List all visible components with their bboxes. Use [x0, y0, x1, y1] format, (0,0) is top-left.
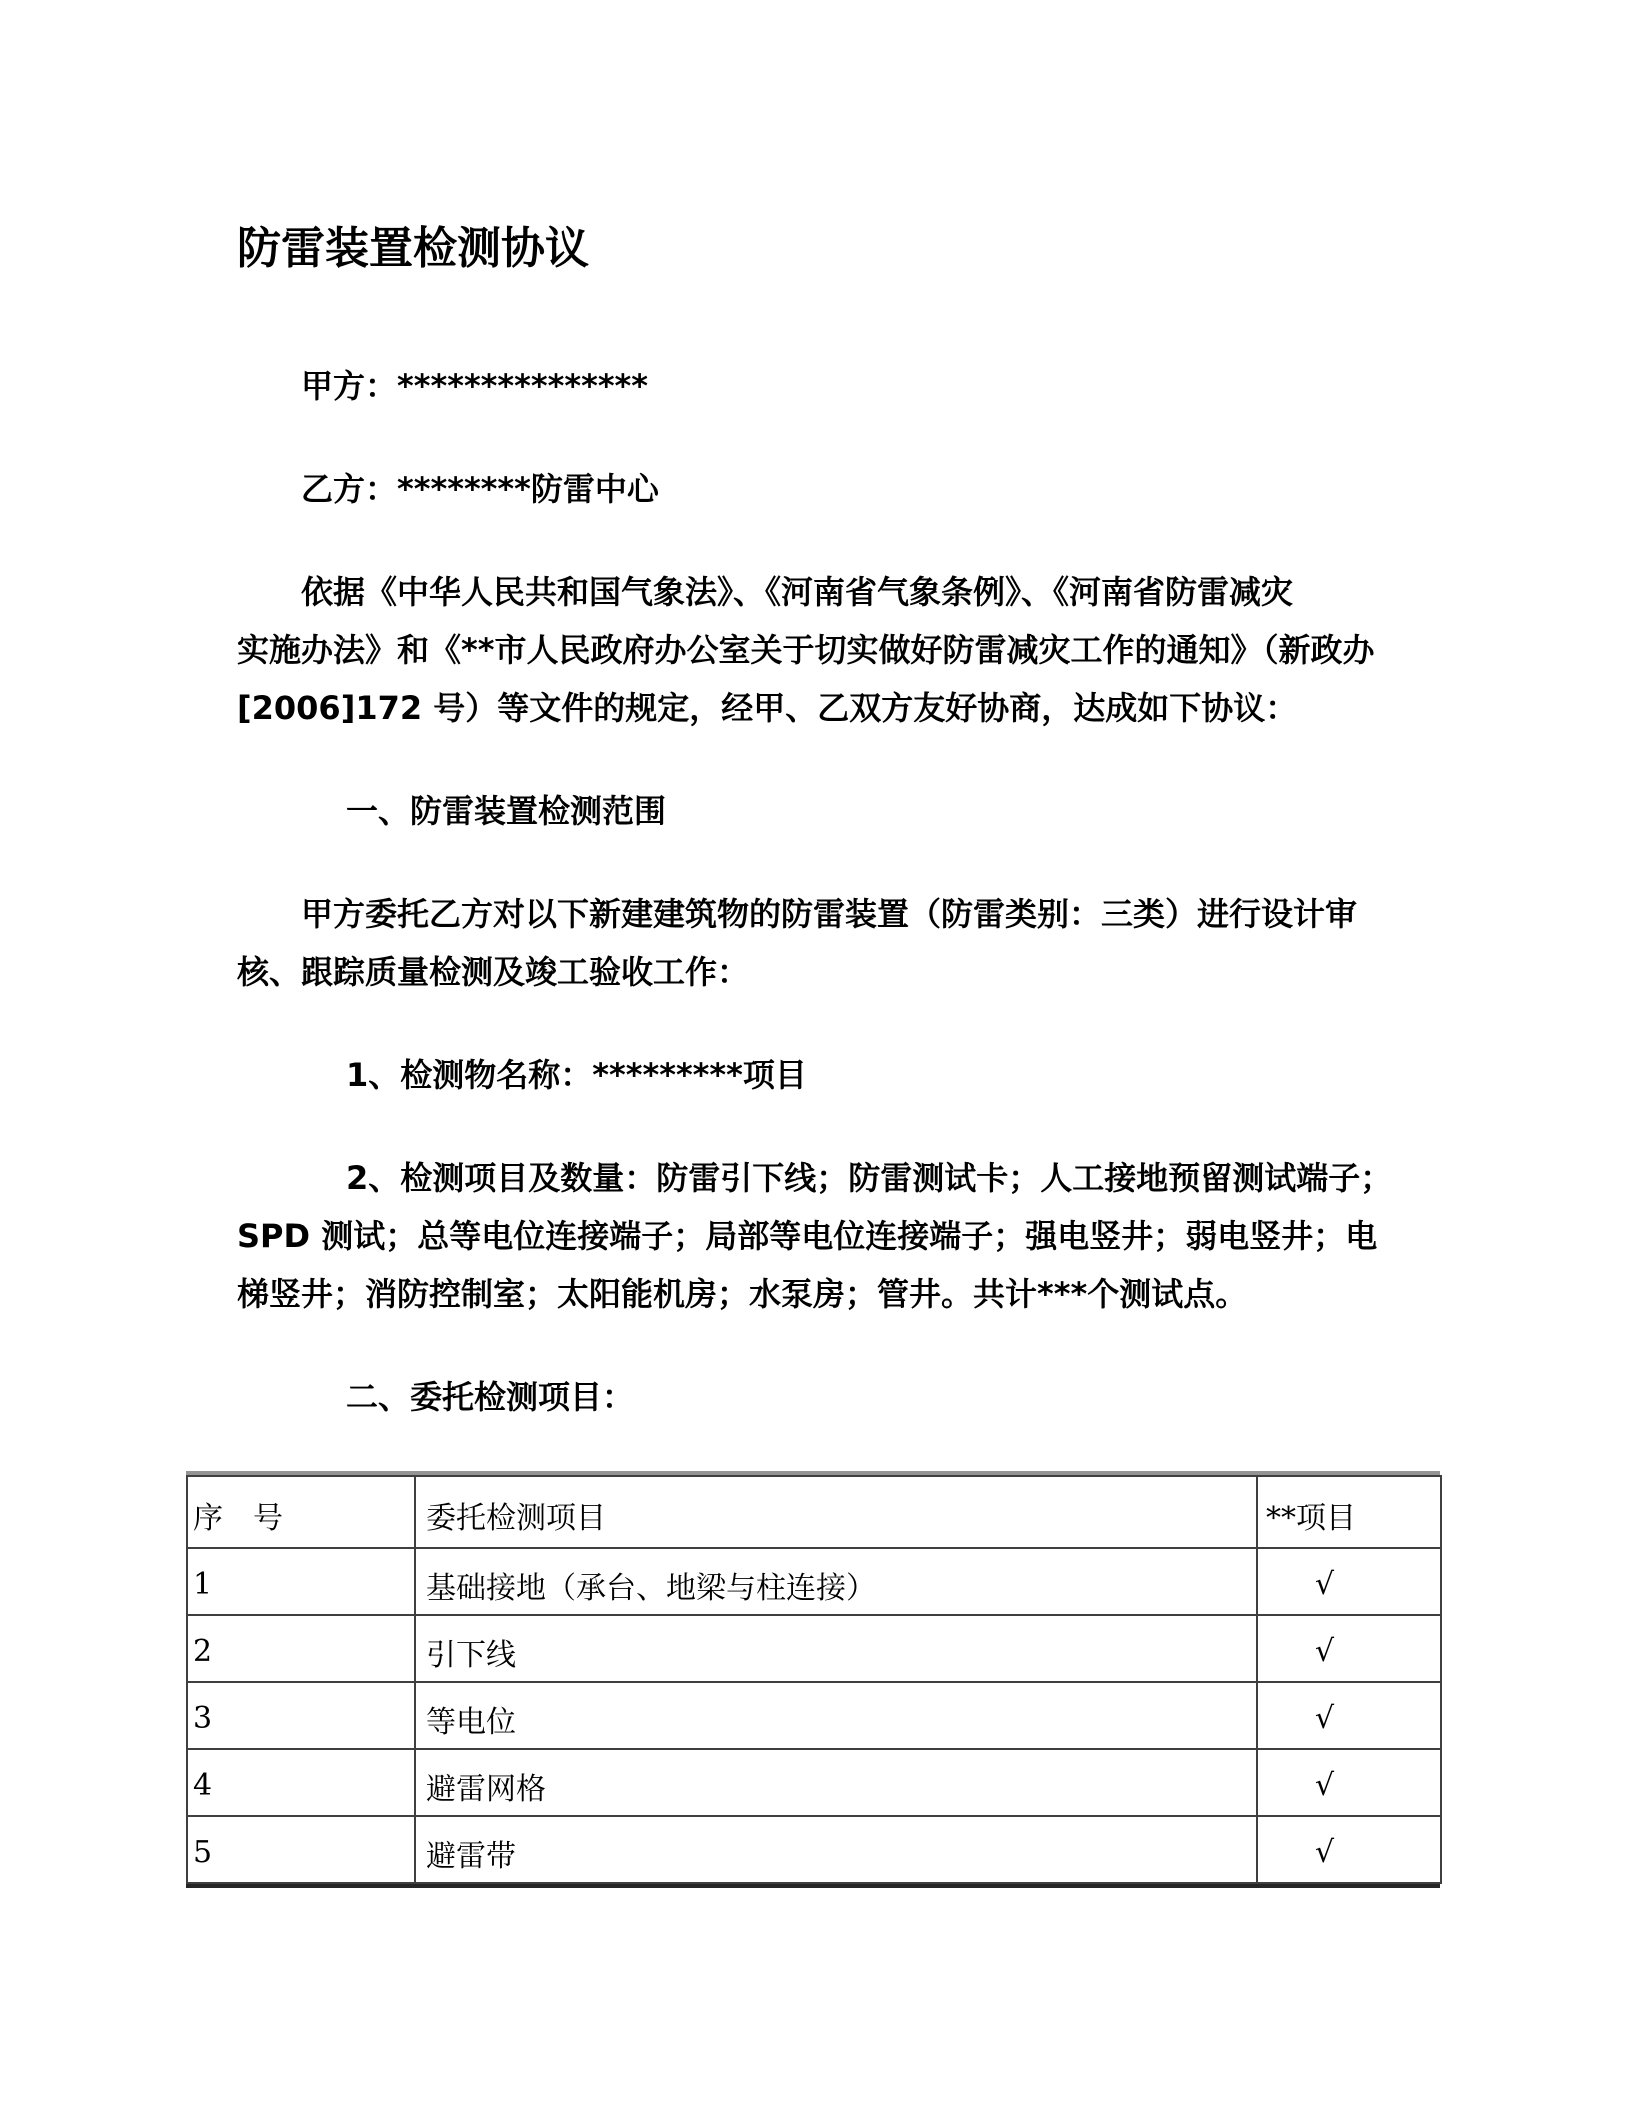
header-cell-project: **项目 [1257, 1476, 1441, 1548]
item-name-cell: 避雷网格 [415, 1749, 1257, 1816]
check-mark-cell: √ [1257, 1548, 1441, 1615]
header-cell-number: 序 号 [187, 1476, 415, 1548]
item-name-cell: 引下线 [415, 1615, 1257, 1682]
table-row: 4避雷网格√ [187, 1749, 1441, 1816]
check-mark-cell: √ [1257, 1615, 1441, 1682]
commission-table-wrapper: 序 号委托检测项目**项目 1基础接地（承台、地梁与柱连接）√2引下线√3等电位… [186, 1471, 1440, 1888]
item-name-cell: 等电位 [415, 1682, 1257, 1749]
document-page: 防雷装置检测协议 甲方：***************乙方：********防雷… [0, 0, 1632, 1888]
table-row: 5避雷带√ [187, 1816, 1441, 1883]
row-number-cell: 5 [187, 1816, 415, 1883]
legal-basis-paragraph-line-3: [2006]172 号）等文件的规定，经甲、乙双方友好协商，达成如下协议： [237, 679, 1395, 737]
item-1-test-object-line-1: 1、检测物名称：*********项目 [237, 1046, 1395, 1104]
table-body: 1基础接地（承台、地梁与柱连接）√2引下线√3等电位√4避雷网格√5避雷带√ [187, 1548, 1441, 1883]
party-a-line-line-1: 甲方：*************** [237, 357, 1395, 415]
commission-items-table: 序 号委托检测项目**项目 1基础接地（承台、地梁与柱连接）√2引下线√3等电位… [186, 1475, 1442, 1884]
section-2-heading-line-1: 二、委托检测项目： [237, 1368, 1395, 1426]
section-2-heading: 二、委托检测项目： [237, 1368, 1395, 1426]
table-row: 2引下线√ [187, 1615, 1441, 1682]
party-a-line: 甲方：*************** [237, 357, 1395, 415]
item-name-cell: 基础接地（承台、地梁与柱连接） [415, 1548, 1257, 1615]
item-1-test-object: 1、检测物名称：*********项目 [237, 1046, 1395, 1104]
scope-paragraph: 甲方委托乙方对以下新建建筑物的防雷装置（防雷类别：三类）进行设计审核、跟踪质量检… [237, 885, 1395, 1001]
row-number-cell: 1 [187, 1548, 415, 1615]
item-name-cell: 避雷带 [415, 1816, 1257, 1883]
legal-basis-paragraph-line-2: 实施办法》和《**市人民政府办公室关于切实做好防雷减灾工作的通知》（新政办 [237, 621, 1395, 679]
scope-paragraph-line-1: 甲方委托乙方对以下新建建筑物的防雷装置（防雷类别：三类）进行设计审 [237, 885, 1395, 943]
item-2-test-items-line-3: 梯竖井；消防控制室；太阳能机房；水泵房；管井。共计***个测试点。 [237, 1265, 1395, 1323]
table-row: 3等电位√ [187, 1682, 1441, 1749]
item-2-test-items: 2、检测项目及数量：防雷引下线；防雷测试卡；人工接地预留测试端子；SPD 测试；… [237, 1149, 1395, 1323]
paragraphs-section: 甲方：***************乙方：********防雷中心依据《中华人民… [237, 357, 1395, 1426]
row-number-cell: 2 [187, 1615, 415, 1682]
check-mark-cell: √ [1257, 1816, 1441, 1883]
header-cell-item: 委托检测项目 [415, 1476, 1257, 1548]
item-2-test-items-line-2: SPD 测试；总等电位连接端子；局部等电位连接端子；强电竖井；弱电竖井；电 [237, 1207, 1395, 1265]
row-number-cell: 3 [187, 1682, 415, 1749]
table-row: 1基础接地（承台、地梁与柱连接）√ [187, 1548, 1441, 1615]
party-b-line-line-1: 乙方：********防雷中心 [237, 460, 1395, 518]
table-header-row: 序 号委托检测项目**项目 [187, 1476, 1441, 1548]
check-mark-cell: √ [1257, 1749, 1441, 1816]
item-2-test-items-line-1: 2、检测项目及数量：防雷引下线；防雷测试卡；人工接地预留测试端子； [237, 1149, 1395, 1207]
check-mark-cell: √ [1257, 1682, 1441, 1749]
row-number-cell: 4 [187, 1749, 415, 1816]
legal-basis-paragraph: 依据《中华人民共和国气象法》、《河南省气象条例》、《河南省防雷减灾实施办法》和《… [237, 563, 1395, 737]
scope-paragraph-line-2: 核、跟踪质量检测及竣工验收工作： [237, 943, 1395, 1001]
legal-basis-paragraph-line-1: 依据《中华人民共和国气象法》、《河南省气象条例》、《河南省防雷减灾 [237, 563, 1395, 621]
section-1-heading-line-1: 一、防雷装置检测范围 [237, 782, 1395, 840]
page-title: 防雷装置检测协议 [237, 219, 1395, 279]
party-b-line: 乙方：********防雷中心 [237, 460, 1395, 518]
section-1-heading: 一、防雷装置检测范围 [237, 782, 1395, 840]
